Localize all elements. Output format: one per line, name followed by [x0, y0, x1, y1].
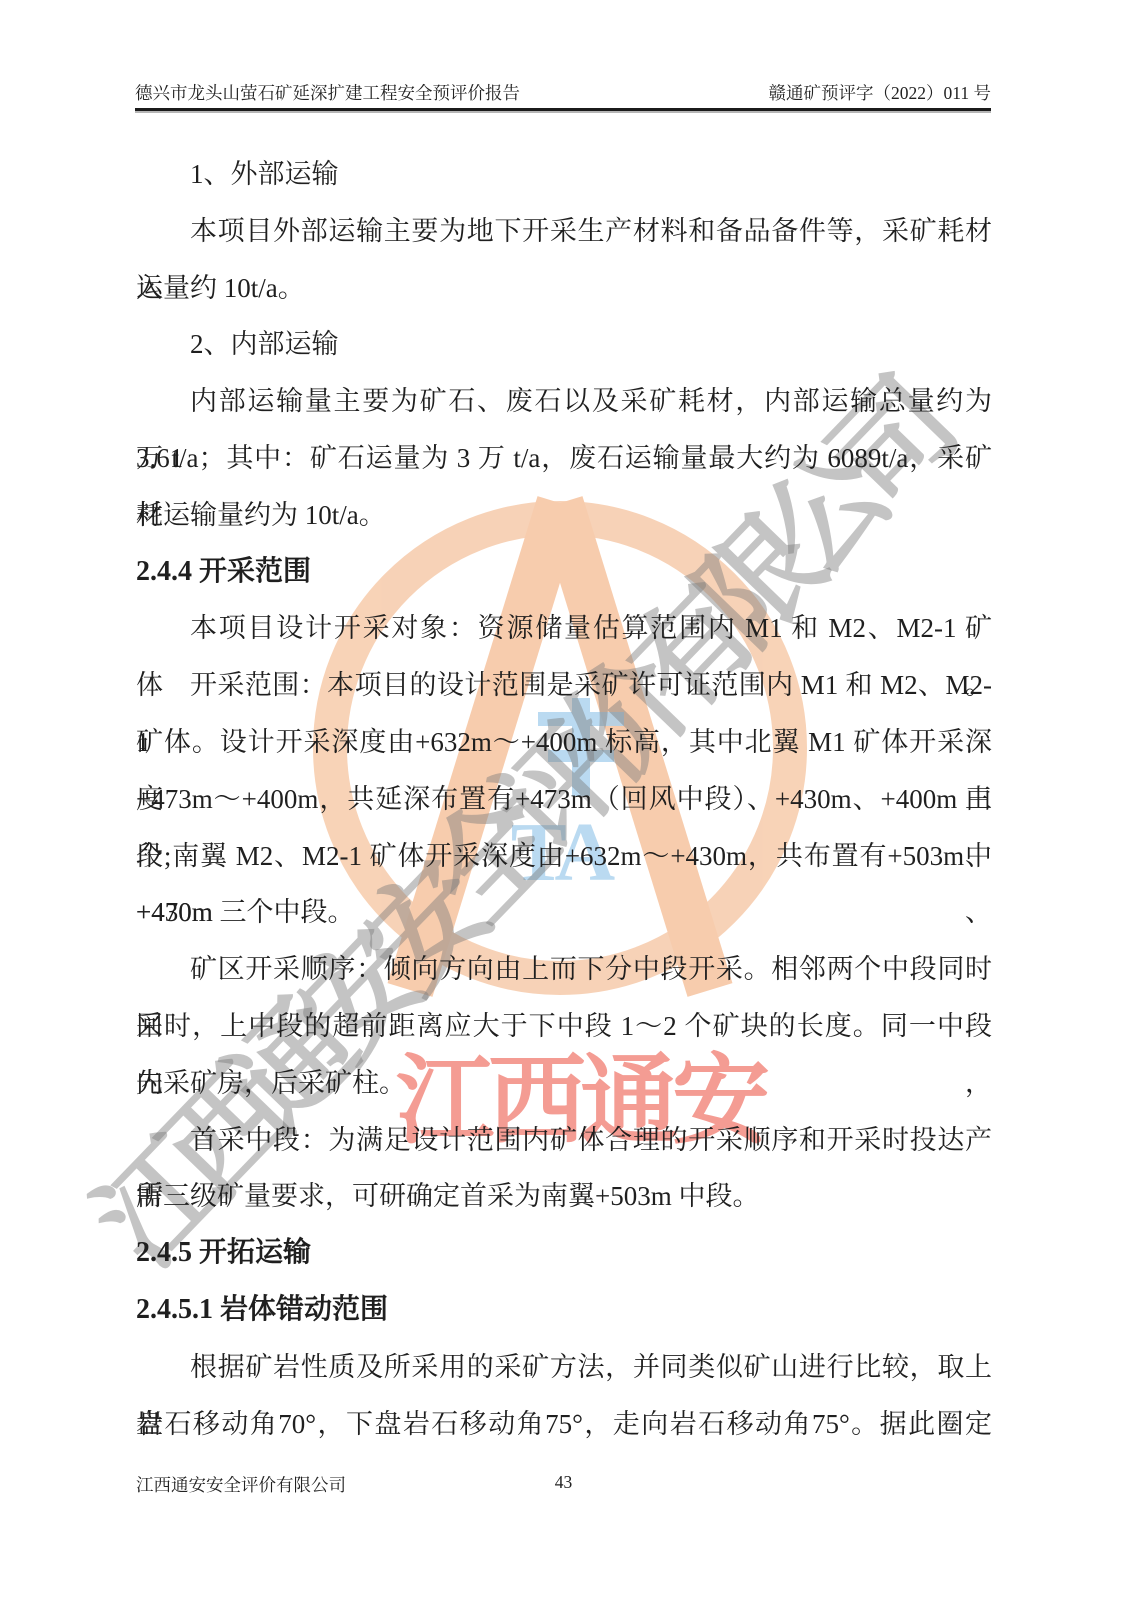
paragraph-line: 采时，上中段的超前距离应大于下中段 1～2 个矿块的长度。同一中段内， — [136, 998, 992, 1055]
header-rule — [135, 108, 991, 114]
section-heading: 2.4.5 开拓运输 — [136, 1225, 992, 1282]
paragraph-line: 岩石移动角70°，下盘岩石移动角75°，走向岩石移动角75°。据此圈定 — [136, 1396, 992, 1453]
paragraph-line: 矿区开采顺序：倾向方向由上而下分中段开采。相邻两个中段同时回 — [136, 941, 992, 998]
paragraph-line: 首采中段：为满足设计范围内矿体合理的开采顺序和开采时投达产所 — [136, 1112, 992, 1169]
paragraph-line: +473m～+400m，共延深布置有+473m（回风中段）、+430m、+400… — [136, 771, 992, 828]
paragraph-line: 本项目设计开采对象：资源储量估算范围内 M1 和 M2、M2-1 矿体。 — [136, 600, 992, 657]
section-heading: 2.4.4 开采范围 — [136, 544, 992, 601]
paragraph-line: 矿体。设计开采深度由+632m～+400m 标高，其中北翼 M1 矿体开采深度由 — [136, 714, 992, 771]
section-heading: 2.4.5.1 岩体错动范围 — [136, 1282, 992, 1339]
paragraph-line: 内部运输量主要为矿石、废石以及采矿耗材，内部运输总量约为 3.61 — [136, 373, 992, 430]
page-header: 德兴市龙头山萤石矿延深扩建工程安全预评价报告 赣通矿预评字（2022）011 号 — [135, 80, 991, 105]
paragraph-line: 根据矿岩性质及所采用的采矿方法，并同类似矿山进行比较，取上盘 — [136, 1339, 992, 1396]
footer-page-number: 43 — [136, 1472, 991, 1493]
paragraph-line: 开采范围：本项目的设计范围是采矿许可证范围内 M1 和 M2、M2-1 — [136, 657, 992, 714]
document-page: TA 江西通安安全评价有限公司 江西通安 德兴市龙头山萤石矿延深扩建工程安全预评… — [0, 0, 1131, 1600]
paragraph-line: 本项目外部运输主要为地下开采生产材料和备品备件等，采矿耗材运 — [136, 203, 992, 260]
paragraph-line: 2、内部运输 — [136, 316, 992, 373]
paragraph-line: 段;南翼 M2、M2-1 矿体开采深度由+632m～+430m，共布置有+503… — [136, 828, 992, 885]
paragraph-line: 万 t/a；其中：矿石运量为 3 万 t/a，废石运输量最大约为 6089t/a… — [136, 430, 992, 487]
header-document-number: 赣通矿预评字（2022）011 号 — [769, 80, 991, 105]
header-report-title: 德兴市龙头山萤石矿延深扩建工程安全预评价报告 — [135, 80, 520, 105]
paragraph-line: 材运输量约为 10t/a。 — [136, 487, 992, 544]
document-body: 1、外部运输本项目外部运输主要为地下开采生产材料和备品备件等，采矿耗材运入量约 … — [136, 146, 992, 1452]
paragraph-line: 1、外部运输 — [136, 146, 992, 203]
page-footer: 江西通安安全评价有限公司 43 — [136, 1472, 991, 1498]
paragraph-line: 入量约 10t/a。 — [136, 260, 992, 317]
paragraph-line: 需三级矿量要求，可研确定首采为南翼+503m 中段。 — [136, 1168, 992, 1225]
